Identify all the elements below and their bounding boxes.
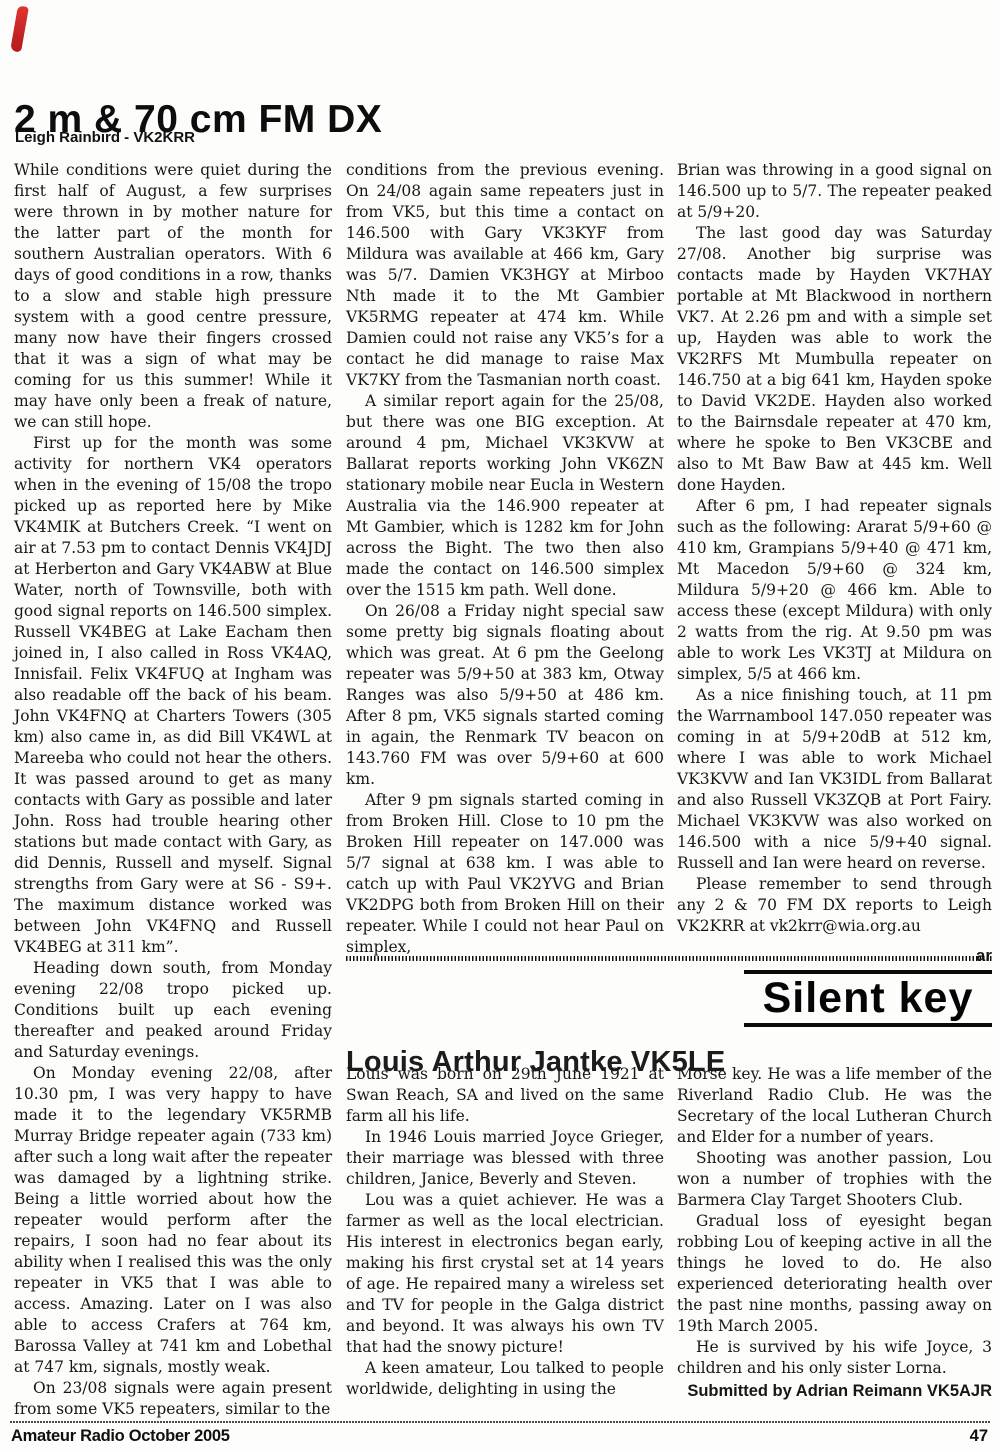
article-byline: Leigh Rainbird - VK2KRR bbox=[15, 129, 195, 146]
silent-key-banner: Silent key bbox=[744, 970, 992, 1027]
fmdx-column-3: Brian was throwing in a good signal on 1… bbox=[677, 160, 992, 966]
paragraph: A similar report again for the 25/08, bu… bbox=[346, 391, 664, 601]
paragraph: After 9 pm signals started coming in fro… bbox=[346, 790, 664, 958]
magazine-page: 2 m & 70 cm FM DX Leigh Rainbird - VK2KR… bbox=[0, 0, 1000, 1450]
paragraph: Shooting was another passion, Lou won a … bbox=[677, 1148, 992, 1211]
paragraph: He is survived by his wife Joyce, 3 chil… bbox=[677, 1337, 992, 1379]
paragraph: Louis was born on 29th June 1921 at Swan… bbox=[346, 1064, 664, 1127]
paragraph: Gradual loss of eyesight began robbing L… bbox=[677, 1211, 992, 1337]
obituary-column-2: Morse key. He was a life member of the R… bbox=[677, 1064, 992, 1402]
fmdx-column-1: While conditions were quiet during the f… bbox=[14, 160, 332, 1420]
paragraph: Morse key. He was a life member of the R… bbox=[677, 1064, 992, 1148]
paragraph: Please remember to send through any 2 & … bbox=[677, 874, 992, 937]
paragraph: Lou was a quiet achiever. He was a farme… bbox=[346, 1190, 664, 1358]
silent-key-title: Silent key bbox=[744, 974, 992, 1023]
footer-rule bbox=[10, 1421, 990, 1423]
paragraph: On Monday evening 22/08, after 10.30 pm,… bbox=[14, 1063, 332, 1378]
paragraph: Heading down south, from Monday evening … bbox=[14, 958, 332, 1063]
paragraph: As a nice finishing touch, at 11 pm the … bbox=[677, 685, 992, 874]
submitted-by-credit: Submitted by Adrian Reimann VK5AJR bbox=[677, 1381, 992, 1402]
section-divider bbox=[346, 956, 992, 961]
footer-magazine-name: Amateur Radio October 2005 bbox=[11, 1427, 230, 1446]
paragraph: First up for the month was some activity… bbox=[14, 433, 332, 958]
paragraph: conditions from the previous evening. On… bbox=[346, 160, 664, 391]
paragraph: On 23/08 signals were again present from… bbox=[14, 1378, 332, 1420]
paragraph: The last good day was Saturday 27/08. An… bbox=[677, 223, 992, 496]
banner-rule-bottom bbox=[744, 1023, 992, 1027]
paragraph: While conditions were quiet during the f… bbox=[14, 160, 332, 433]
red-pen-mark-icon bbox=[10, 5, 29, 52]
paragraph: Brian was throwing in a good signal on 1… bbox=[677, 160, 992, 223]
footer-page-number: 47 bbox=[970, 1427, 988, 1446]
paragraph: In 1946 Louis married Joyce Grieger, the… bbox=[346, 1127, 664, 1190]
paragraph: A keen amateur, Lou talked to people wor… bbox=[346, 1358, 664, 1400]
fmdx-column-2: conditions from the previous evening. On… bbox=[346, 160, 664, 958]
obituary-column-1: Louis was born on 29th June 1921 at Swan… bbox=[346, 1064, 664, 1400]
paragraph: On 26/08 a Friday night special saw some… bbox=[346, 601, 664, 790]
paragraph: After 6 pm, I had repeater signals such … bbox=[677, 496, 992, 685]
